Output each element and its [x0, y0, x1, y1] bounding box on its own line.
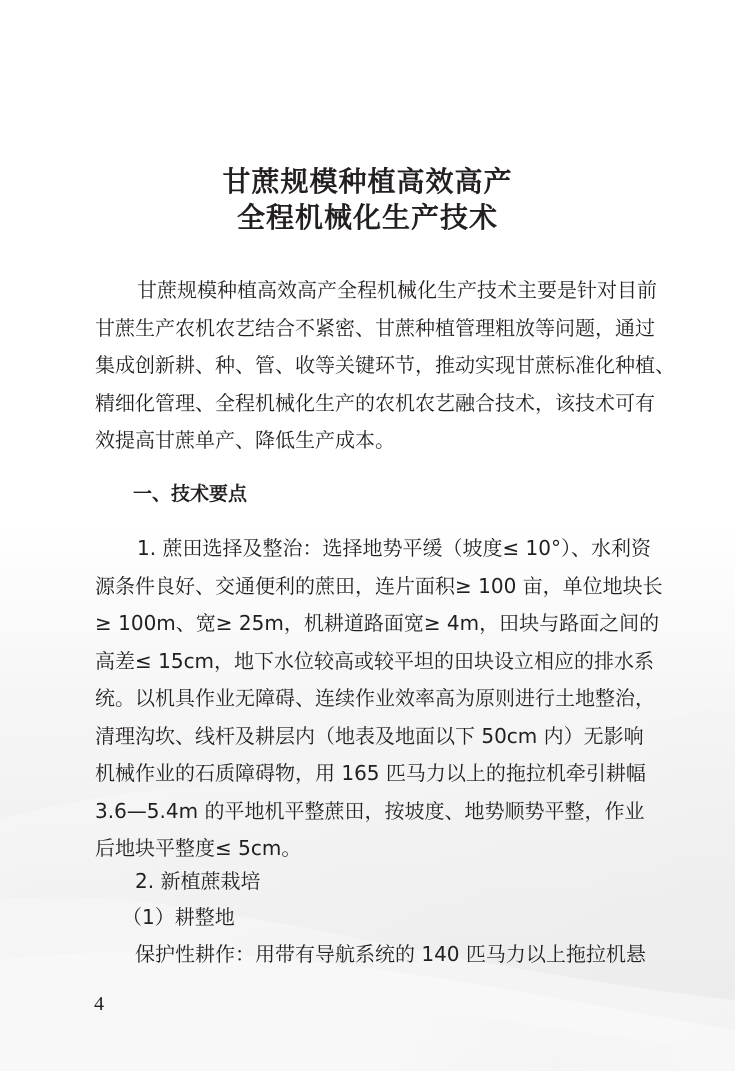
document-page: 甘蔗规模种植高效高产 全程机械化生产技术 甘蔗规模种植高效高产全程机械化生产技术…: [0, 0, 735, 1071]
subheading-tillage: （1）耕整地: [122, 902, 235, 932]
item1-line: 统。以机具作业无障碍、连续作业效率高为原则进行土地整治，: [95, 680, 643, 718]
item1-line: 机械作业的石质障碍物，用 165 匹马力以上的拖拉机牵引耕幅: [95, 755, 643, 793]
intro-line: 精细化管理、全程机械化生产的农机农艺融合技术，该技术可有: [95, 385, 643, 423]
item1-line: 1. 蔗田选择及整治：选择地势平缓（坡度≤ 10°）、水利资: [95, 530, 643, 568]
intro-line: 集成创新耕、种、管、收等关键环节，推动实现甘蔗标准化种植、: [95, 347, 643, 385]
subheading-new-cane-cultivation: 2. 新植蔗栽培: [135, 866, 260, 896]
item1-line: 清理沟坎、线杆及耕层内（地表及地面以下 50cm 内）无影响: [95, 718, 643, 756]
intro-line: 甘蔗生产农机农艺结合不紧密、甘蔗种植管理粗放等问题，通过: [95, 310, 643, 348]
page-number: 4: [94, 992, 104, 1016]
page-title-line-1: 甘蔗规模种植高效高产: [0, 164, 735, 200]
item1-paragraph: 1. 蔗田选择及整治：选择地势平缓（坡度≤ 10°）、水利资 源条件良好、交通便…: [95, 530, 643, 868]
item1-line: 后地块平整度≤ 5cm。: [95, 830, 643, 868]
item1-line: 高差≤ 15cm，地下水位较高或较平坦的田块设立相应的排水系: [95, 643, 643, 681]
intro-line: 效提高甘蔗单产、降低生产成本。: [95, 422, 643, 460]
intro-paragraph: 甘蔗规模种植高效高产全程机械化生产技术主要是针对目前 甘蔗生产农机农艺结合不紧密…: [95, 272, 643, 460]
item1-line: 3.6—5.4m 的平地机平整蔗田，按坡度、地势顺势平整，作业: [95, 793, 643, 831]
item1-line: 源条件良好、交通便利的蔗田，连片面积≥ 100 亩，单位地块长: [95, 568, 643, 606]
item1-line: ≥ 100m、宽≥ 25m，机耕道路面宽≥ 4m，田块与路面之间的: [95, 605, 643, 643]
page-title-line-2: 全程机械化生产技术: [0, 200, 735, 236]
section-heading-technical-points: 一、技术要点: [133, 479, 247, 509]
conservation-tillage-text: 保护性耕作：用带有导航系统的 140 匹马力以上拖拉机悬: [135, 939, 646, 969]
intro-line: 甘蔗规模种植高效高产全程机械化生产技术主要是针对目前: [95, 272, 643, 310]
